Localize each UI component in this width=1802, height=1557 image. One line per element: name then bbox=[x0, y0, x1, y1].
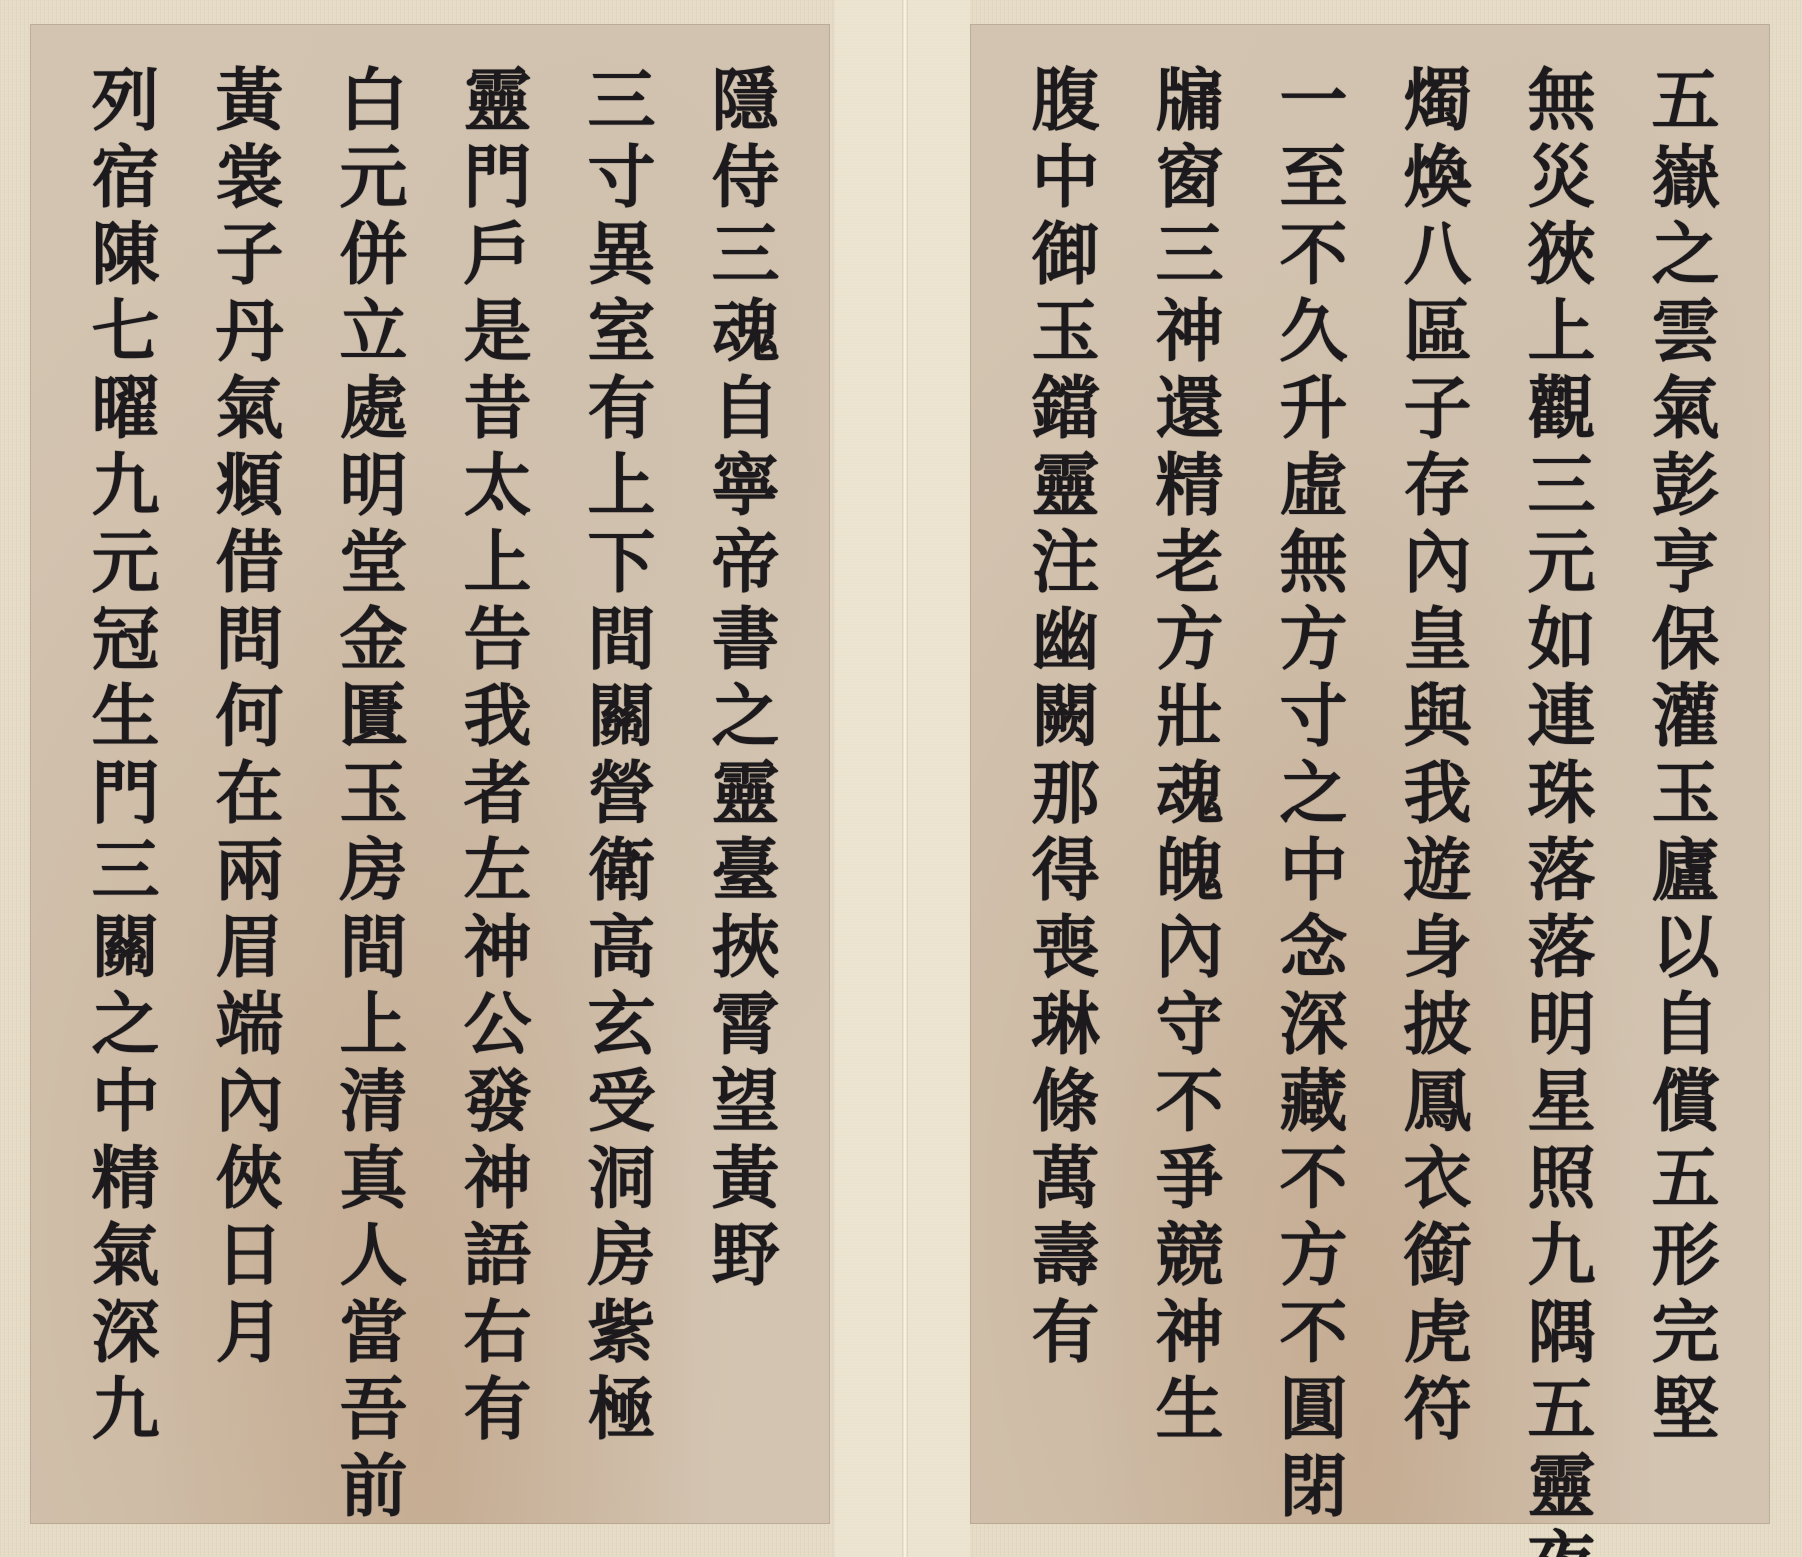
center-fold-line bbox=[902, 0, 908, 1557]
text-column: 牖窗三神還精老方壯魂魄內守不爭競神生 bbox=[1124, 64, 1244, 1494]
right-page: 五嶽之雲氣彭亨保灌玉廬以自償五形完堅 無災狹上觀三元如連珠落落明星照九隅五靈夜 … bbox=[970, 24, 1770, 1524]
text-column: 黃裳子丹氣頫借問何在兩眉端內俠日月 bbox=[184, 64, 304, 1494]
text-column: 腹中御玉鐺靈注幽闕那得喪琳條萬壽有 bbox=[1000, 64, 1120, 1494]
text-column: 白元併立處明堂金匱玉房間上清真人當吾前 bbox=[308, 64, 428, 1494]
silk-mount: 隱侍三魂自寧帝書之靈臺挾霄望黃野 三寸異室有上下間關營衛高玄受洞房紫極 靈門戶是… bbox=[0, 0, 1802, 1557]
right-page-columns: 五嶽之雲氣彭亨保灌玉廬以自償五形完堅 無災狹上觀三元如連珠落落明星照九隅五靈夜 … bbox=[1000, 64, 1740, 1494]
text-column: 列宿陳七曜九元冠生門三關之中精氣深九 bbox=[60, 64, 180, 1494]
text-column: 一至不久升虛無方寸之中念深藏不方不圓閉 bbox=[1248, 64, 1368, 1494]
text-column: 五嶽之雲氣彭亨保灌玉廬以自償五形完堅 bbox=[1620, 64, 1740, 1494]
left-page-columns: 隱侍三魂自寧帝書之靈臺挾霄望黃野 三寸異室有上下間關營衛高玄受洞房紫極 靈門戶是… bbox=[60, 64, 800, 1494]
text-column: 燭煥八區子存內皇與我遊身披鳳衣銜虎符 bbox=[1372, 64, 1492, 1494]
text-column: 三寸異室有上下間關營衛高玄受洞房紫極 bbox=[556, 64, 676, 1494]
left-page: 隱侍三魂自寧帝書之靈臺挾霄望黃野 三寸異室有上下間關營衛高玄受洞房紫極 靈門戶是… bbox=[30, 24, 830, 1524]
text-column: 隱侍三魂自寧帝書之靈臺挾霄望黃野 bbox=[680, 64, 800, 1494]
text-column: 靈門戶是昔太上告我者左神公發神語右有 bbox=[432, 64, 552, 1494]
text-column: 無災狹上觀三元如連珠落落明星照九隅五靈夜 bbox=[1496, 64, 1616, 1494]
